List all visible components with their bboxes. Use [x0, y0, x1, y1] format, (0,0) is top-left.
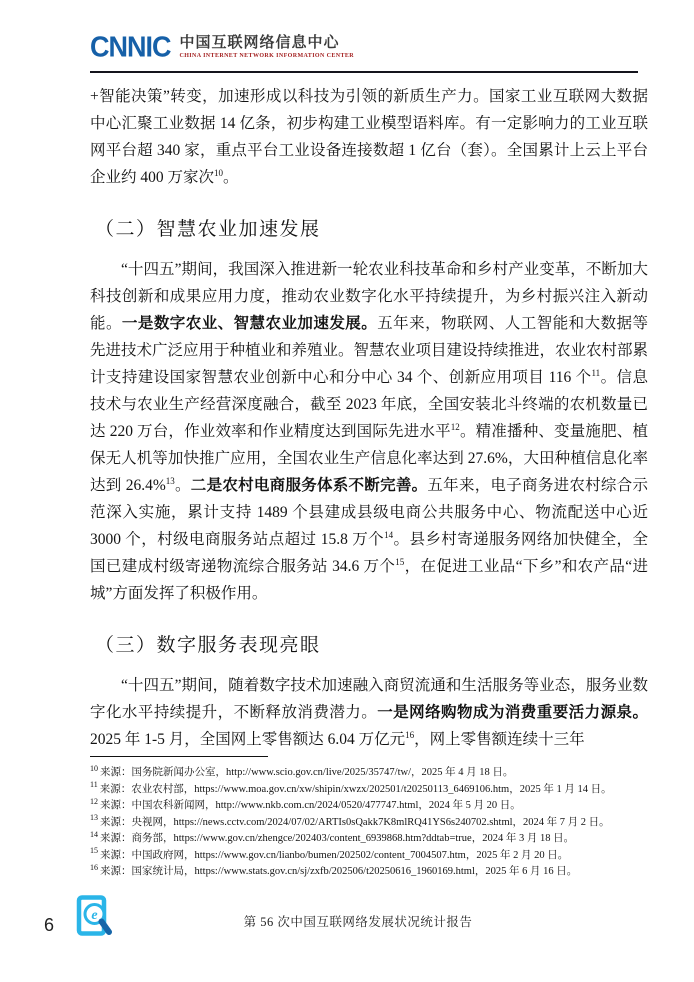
bold-run: 二是农村电商服务体系不断完善。 — [191, 477, 428, 494]
footnote-number: 10 — [90, 764, 98, 773]
footnote-item: 14来源：商务部，https://www.gov.cn/zhengce/2024… — [90, 831, 648, 848]
text-run: +智能决策”转变，加速形成以科技为引领的新质生产力。国家工业互联网大数据中心汇聚… — [90, 88, 648, 186]
text-run: 2025 年 1-5 月，全国网上零售额达 6.04 万亿元 — [90, 731, 405, 748]
footnote-number: 16 — [90, 863, 98, 872]
footnote-item: 10来源：国务院新闻办公室，http://www.scio.gov.cn/liv… — [90, 765, 648, 782]
footnote-reference: 12 — [451, 422, 460, 432]
footnote-reference: 16 — [405, 730, 414, 740]
page-header: CNNIC 中国互联网络信息中心 CHINA INTERNET NETWORK … — [90, 34, 650, 61]
footnotes-divider — [90, 756, 268, 757]
footnote-number: 14 — [90, 830, 98, 839]
section-heading-digital-services: （三）数字服务表现亮眼 — [90, 630, 648, 657]
org-name-block: 中国互联网络信息中心 CHINA INTERNET NETWORK INFORM… — [180, 35, 355, 60]
footnote-reference: 11 — [592, 368, 601, 378]
footnote-text: 来源：中国政府网，https://www.gov.cn/lianbo/bumen… — [100, 850, 568, 861]
footnotes-section: 10来源：国务院新闻办公室，http://www.scio.gov.cn/liv… — [90, 756, 648, 881]
footnotes-list: 10来源：国务院新闻办公室，http://www.scio.gov.cn/liv… — [90, 765, 648, 881]
paragraph-digital-services: “十四五”期间，随着数字技术加速融入商贸流通和生活服务等业态，服务业数字化水平持… — [90, 672, 648, 753]
paragraph-industrial-internet: +智能决策”转变，加速形成以科技为引领的新质生产力。国家工业互联网大数据中心汇聚… — [90, 83, 648, 191]
footnote-reference: 15 — [395, 557, 404, 567]
document-page: CNNIC 中国互联网络信息中心 CHINA INTERNET NETWORK … — [0, 0, 694, 982]
org-name-cn: 中国互联网络信息中心 — [180, 35, 355, 52]
footnote-text: 来源：商务部，https://www.gov.cn/zhengce/202403… — [100, 833, 574, 844]
document-body: +智能决策”转变，加速形成以科技为引领的新质生产力。国家工业互联网大数据中心汇聚… — [90, 83, 648, 753]
paragraph-smart-agriculture: “十四五”期间，我国深入推进新一轮农业科技革命和乡村产业变革，不断加大科技创新和… — [90, 256, 648, 607]
header-divider — [90, 71, 638, 73]
footnote-text: 来源：国务院新闻办公室，http://www.scio.gov.cn/live/… — [100, 767, 513, 778]
footnote-number: 13 — [90, 813, 98, 822]
footnote-text: 来源：中国农科新闻网，http://www.nkb.com.cn/2024/05… — [100, 800, 521, 811]
footnote-item: 12来源：中国农科新闻网，http://www.nkb.com.cn/2024/… — [90, 798, 648, 815]
footnote-item: 13来源：央视网，https://news.cctv.com/2024/07/0… — [90, 815, 648, 832]
text-run: 。 — [223, 169, 239, 186]
footnote-item: 15来源：中国政府网，https://www.gov.cn/lianbo/bum… — [90, 848, 648, 865]
report-title: 第 56 次中国互联网络发展状况统计报告 — [0, 912, 694, 930]
footnote-reference: 10 — [214, 168, 223, 178]
footnote-item: 11来源：农业农村部，https://www.moa.gov.cn/xw/shi… — [90, 782, 648, 799]
cnnic-logo: CNNIC — [90, 33, 171, 61]
text-run: 。 — [175, 477, 191, 494]
footnote-text: 来源：国家统计局，https://www.stats.gov.cn/sj/zxf… — [100, 866, 577, 877]
section-heading-smart-agriculture: （二）智慧农业加速发展 — [90, 214, 648, 241]
footnote-number: 12 — [90, 797, 98, 806]
bold-run: 一是数字农业、智慧农业加速发展。 — [122, 315, 377, 332]
footnote-number: 15 — [90, 846, 98, 855]
footnote-text: 来源：农业农村部，https://www.moa.gov.cn/xw/shipi… — [100, 784, 612, 795]
footnote-reference: 14 — [384, 530, 393, 540]
bold-run: 一是网络购物成为消费重要活力源泉。 — [377, 704, 648, 721]
text-run: ，网上零售额连续十三年 — [414, 731, 585, 748]
footnote-item: 16来源：国家统计局，https://www.stats.gov.cn/sj/z… — [90, 864, 648, 881]
org-name-en: CHINA INTERNET NETWORK INFORMATION CENTE… — [180, 52, 355, 60]
footnote-reference: 13 — [166, 476, 175, 486]
footnote-text: 来源：央视网，https://news.cctv.com/2024/07/02/… — [100, 817, 610, 828]
footnote-number: 11 — [90, 780, 98, 789]
